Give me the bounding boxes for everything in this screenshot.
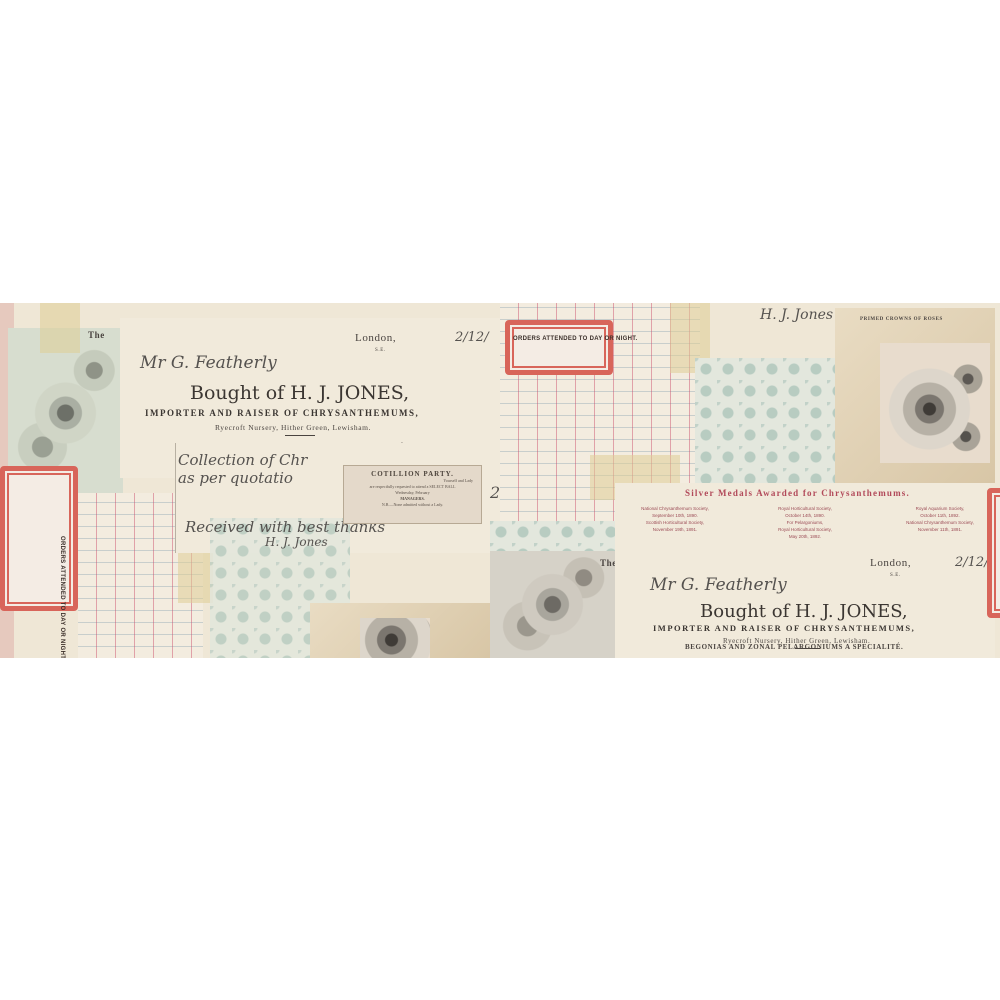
- card-title: COTILLION PARTY.: [344, 470, 481, 478]
- medals-panel: Silver Medals Awarded for Chrysanthemums…: [615, 483, 990, 553]
- invoice-location: London,: [870, 557, 911, 569]
- orders-label-top-text: ORDERS ATTENDED TO DAY OR NIGHT.: [513, 336, 638, 342]
- rose-engraving: [880, 343, 990, 463]
- invoice-recipient: Mr G. Featherly: [650, 575, 787, 595]
- rose-clipping-header: PRIMED CROWNS OF ROSES: [860, 317, 943, 322]
- invoice-date: 2/12/: [455, 330, 489, 345]
- invoice-location: London,: [355, 332, 396, 344]
- invoice-address: Ryecroft Nursery, Hither Green, Lewisham…: [215, 423, 371, 432]
- orders-label-left: [0, 466, 78, 611]
- rose-engraving-small: [360, 618, 430, 658]
- invoice-number: 2: [490, 483, 500, 502]
- medals-col1: National Chrysanthemum Society, Septembe…: [620, 505, 730, 533]
- invoice-specialty: BEGONIAS AND ZONAL PELARGONIUMS A SPECIA…: [685, 643, 903, 651]
- medal-entry: Royal Aquarium Society,: [890, 505, 990, 512]
- medal-entry: May 20th, 1892.: [750, 533, 860, 540]
- card-note: N.B.—None admitted without a Lady.: [344, 502, 481, 508]
- divider: [285, 435, 315, 436]
- medal-entry: National Chrysanthemum Society,: [890, 519, 990, 526]
- medal-entry: National Chrysanthemum Society,: [620, 505, 730, 512]
- medal-entry: Royal Horticultural Society,: [750, 526, 860, 533]
- daisy-engraving: [490, 551, 615, 658]
- invoice-heading: Bought of H. J. JONES,: [700, 601, 908, 622]
- medal-entry: November 11th, 1891.: [890, 526, 990, 533]
- invoice-subheading: IMPORTER AND RAISER OF CHRYSANTHEMUMS,: [145, 408, 419, 418]
- medal-entry: Scottish Horticultural Society,: [620, 519, 730, 526]
- medals-col3: Royal Aquarium Society, October 11th, 18…: [890, 505, 990, 533]
- orders-label-top: [505, 320, 613, 375]
- medal-entry: October 11th, 1892.: [890, 512, 990, 519]
- newspaper-word: The: [88, 330, 105, 340]
- lace-pattern: [695, 358, 835, 488]
- invoice-line-item: as per quotatio: [178, 469, 293, 487]
- newspaper-fragment: The: [88, 325, 123, 343]
- medal-entry: For Pelargoniums,: [750, 519, 860, 526]
- tape-strip: [40, 303, 80, 353]
- signature: H. J. Jones: [760, 307, 833, 323]
- orders-label-right: [987, 488, 1000, 618]
- invoice-date: 2/12/: [955, 555, 989, 570]
- medal-entry: November 19th, 1891.: [620, 526, 730, 533]
- receipt-signature: H. J. Jones: [265, 535, 328, 549]
- invoice-recipient: Mr G. Featherly: [140, 353, 277, 373]
- invoice-district: S.E.: [890, 573, 901, 578]
- cotillion-card: COTILLION PARTY. Yourself and Lady are r…: [343, 465, 482, 524]
- collage-strip: The ORDERS ATTENDED TO DAY OR NIGHT. Lon…: [0, 303, 1000, 658]
- medal-entry: Royal Horticultural Society,: [750, 505, 860, 512]
- invoice-subheading: IMPORTER AND RAISER OF CHRYSANTHEMUMS,: [653, 623, 915, 633]
- medals-title: Silver Medals Awarded for Chrysanthemums…: [685, 488, 910, 498]
- invoice-line-item: Collection of Chr: [178, 451, 307, 469]
- invoice-heading: Bought of H. J. JONES,: [190, 382, 409, 404]
- medal-entry: September 10th, 1890.: [620, 512, 730, 519]
- invoice-district: S.E.: [375, 348, 386, 353]
- medal-entry: October 14th, 1890.: [750, 512, 860, 519]
- medals-col2: Royal Horticultural Society, October 14t…: [750, 505, 860, 540]
